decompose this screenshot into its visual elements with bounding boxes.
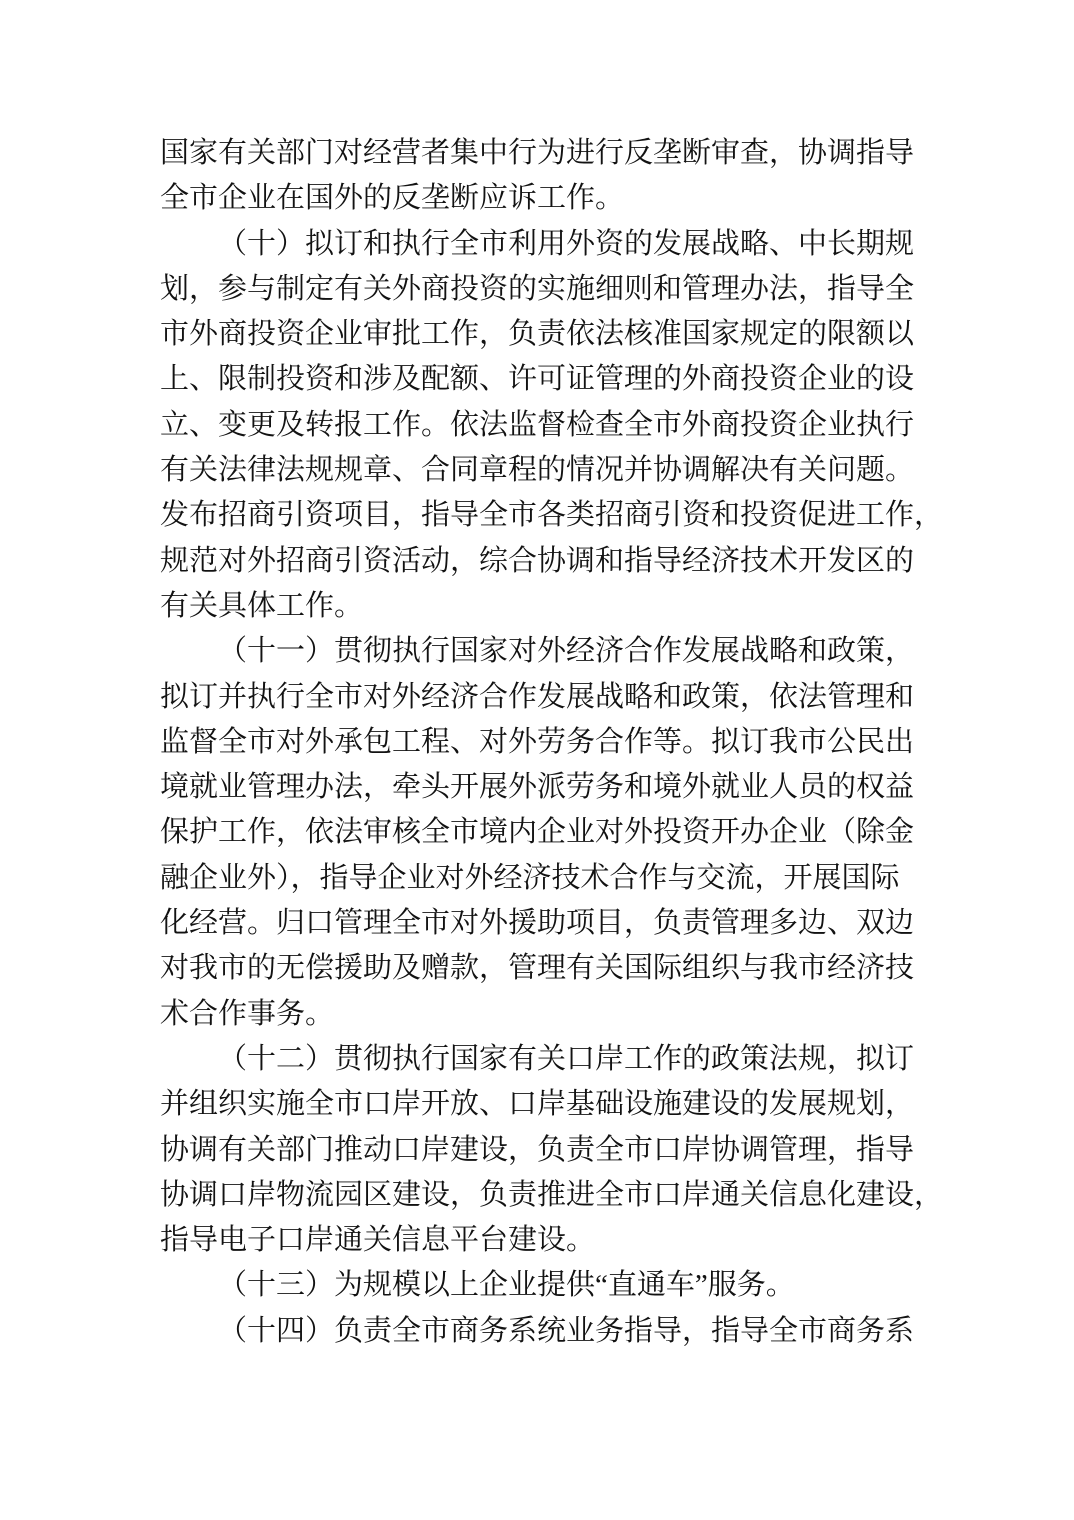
text-line: 发布招商引资项目，指导全市各类招商引资和投资促进工作， — [160, 493, 920, 538]
text-line: 全市企业在国外的反垄断应诉工作。 — [160, 176, 920, 221]
text-line: 规范对外招商引资活动，综合协调和指导经济技术开发区的 — [160, 539, 920, 584]
text-line: 并组织实施全市口岸开放、口岸基础设施建设的发展规划， — [160, 1082, 920, 1127]
text-line-paragraph-start: （十二）贯彻执行国家有关口岸工作的政策法规，拟订 — [160, 1037, 920, 1082]
text-line: 境就业管理办法，牵头开展外派劳务和境外就业人员的权益 — [160, 765, 920, 810]
text-line: 对我市的无偿援助及赠款，管理有关国际组织与我市经济技 — [160, 946, 920, 991]
text-line: 指导电子口岸通关信息平台建设。 — [160, 1218, 920, 1263]
document-page: 国家有关部门对经营者集中行为进行反垄断审查，协调指导 全市企业在国外的反垄断应诉… — [0, 0, 1074, 1520]
text-line-paragraph-start: （十）拟订和执行全市利用外资的发展战略、中长期规 — [160, 222, 920, 267]
text-line-paragraph-start: （十一）贯彻执行国家对外经济合作发展战略和政策， — [160, 629, 920, 674]
text-line: 协调有关部门推动口岸建设，负责全市口岸协调管理，指导 — [160, 1128, 920, 1173]
text-line: 有关法律法规规章、合同章程的情况并协调解决有关问题。 — [160, 448, 920, 493]
text-line: 术合作事务。 — [160, 992, 920, 1037]
text-line: 拟订并执行全市对外经济合作发展战略和政策，依法管理和 — [160, 675, 920, 720]
text-line-paragraph-start: （十三）为规模以上企业提供“直通车”服务。 — [160, 1263, 920, 1308]
text-line: 立、变更及转报工作。依法监督检查全市外商投资企业执行 — [160, 403, 920, 448]
text-line-paragraph-start: （十四）负责全市商务系统业务指导，指导全市商务系 — [160, 1309, 920, 1354]
text-line: 融企业外），指导企业对外经济技术合作与交流，开展国际 — [160, 856, 920, 901]
text-line: 监督全市对外承包工程、对外劳务合作等。拟订我市公民出 — [160, 720, 920, 765]
text-line: 协调口岸物流园区建设，负责推进全市口岸通关信息化建设， — [160, 1173, 920, 1218]
document-body-text: 国家有关部门对经营者集中行为进行反垄断审查，协调指导 全市企业在国外的反垄断应诉… — [160, 131, 920, 1354]
text-line: 国家有关部门对经营者集中行为进行反垄断审查，协调指导 — [160, 131, 920, 176]
text-line: 市外商投资企业审批工作，负责依法核准国家规定的限额以 — [160, 312, 920, 357]
text-line: 上、限制投资和涉及配额、许可证管理的外商投资企业的设 — [160, 357, 920, 402]
text-line: 保护工作，依法审核全市境内企业对外投资开办企业（除金 — [160, 810, 920, 855]
text-line: 有关具体工作。 — [160, 584, 920, 629]
text-line: 化经营。归口管理全市对外援助项目，负责管理多边、双边 — [160, 901, 920, 946]
text-line: 划，参与制定有关外商投资的实施细则和管理办法，指导全 — [160, 267, 920, 312]
